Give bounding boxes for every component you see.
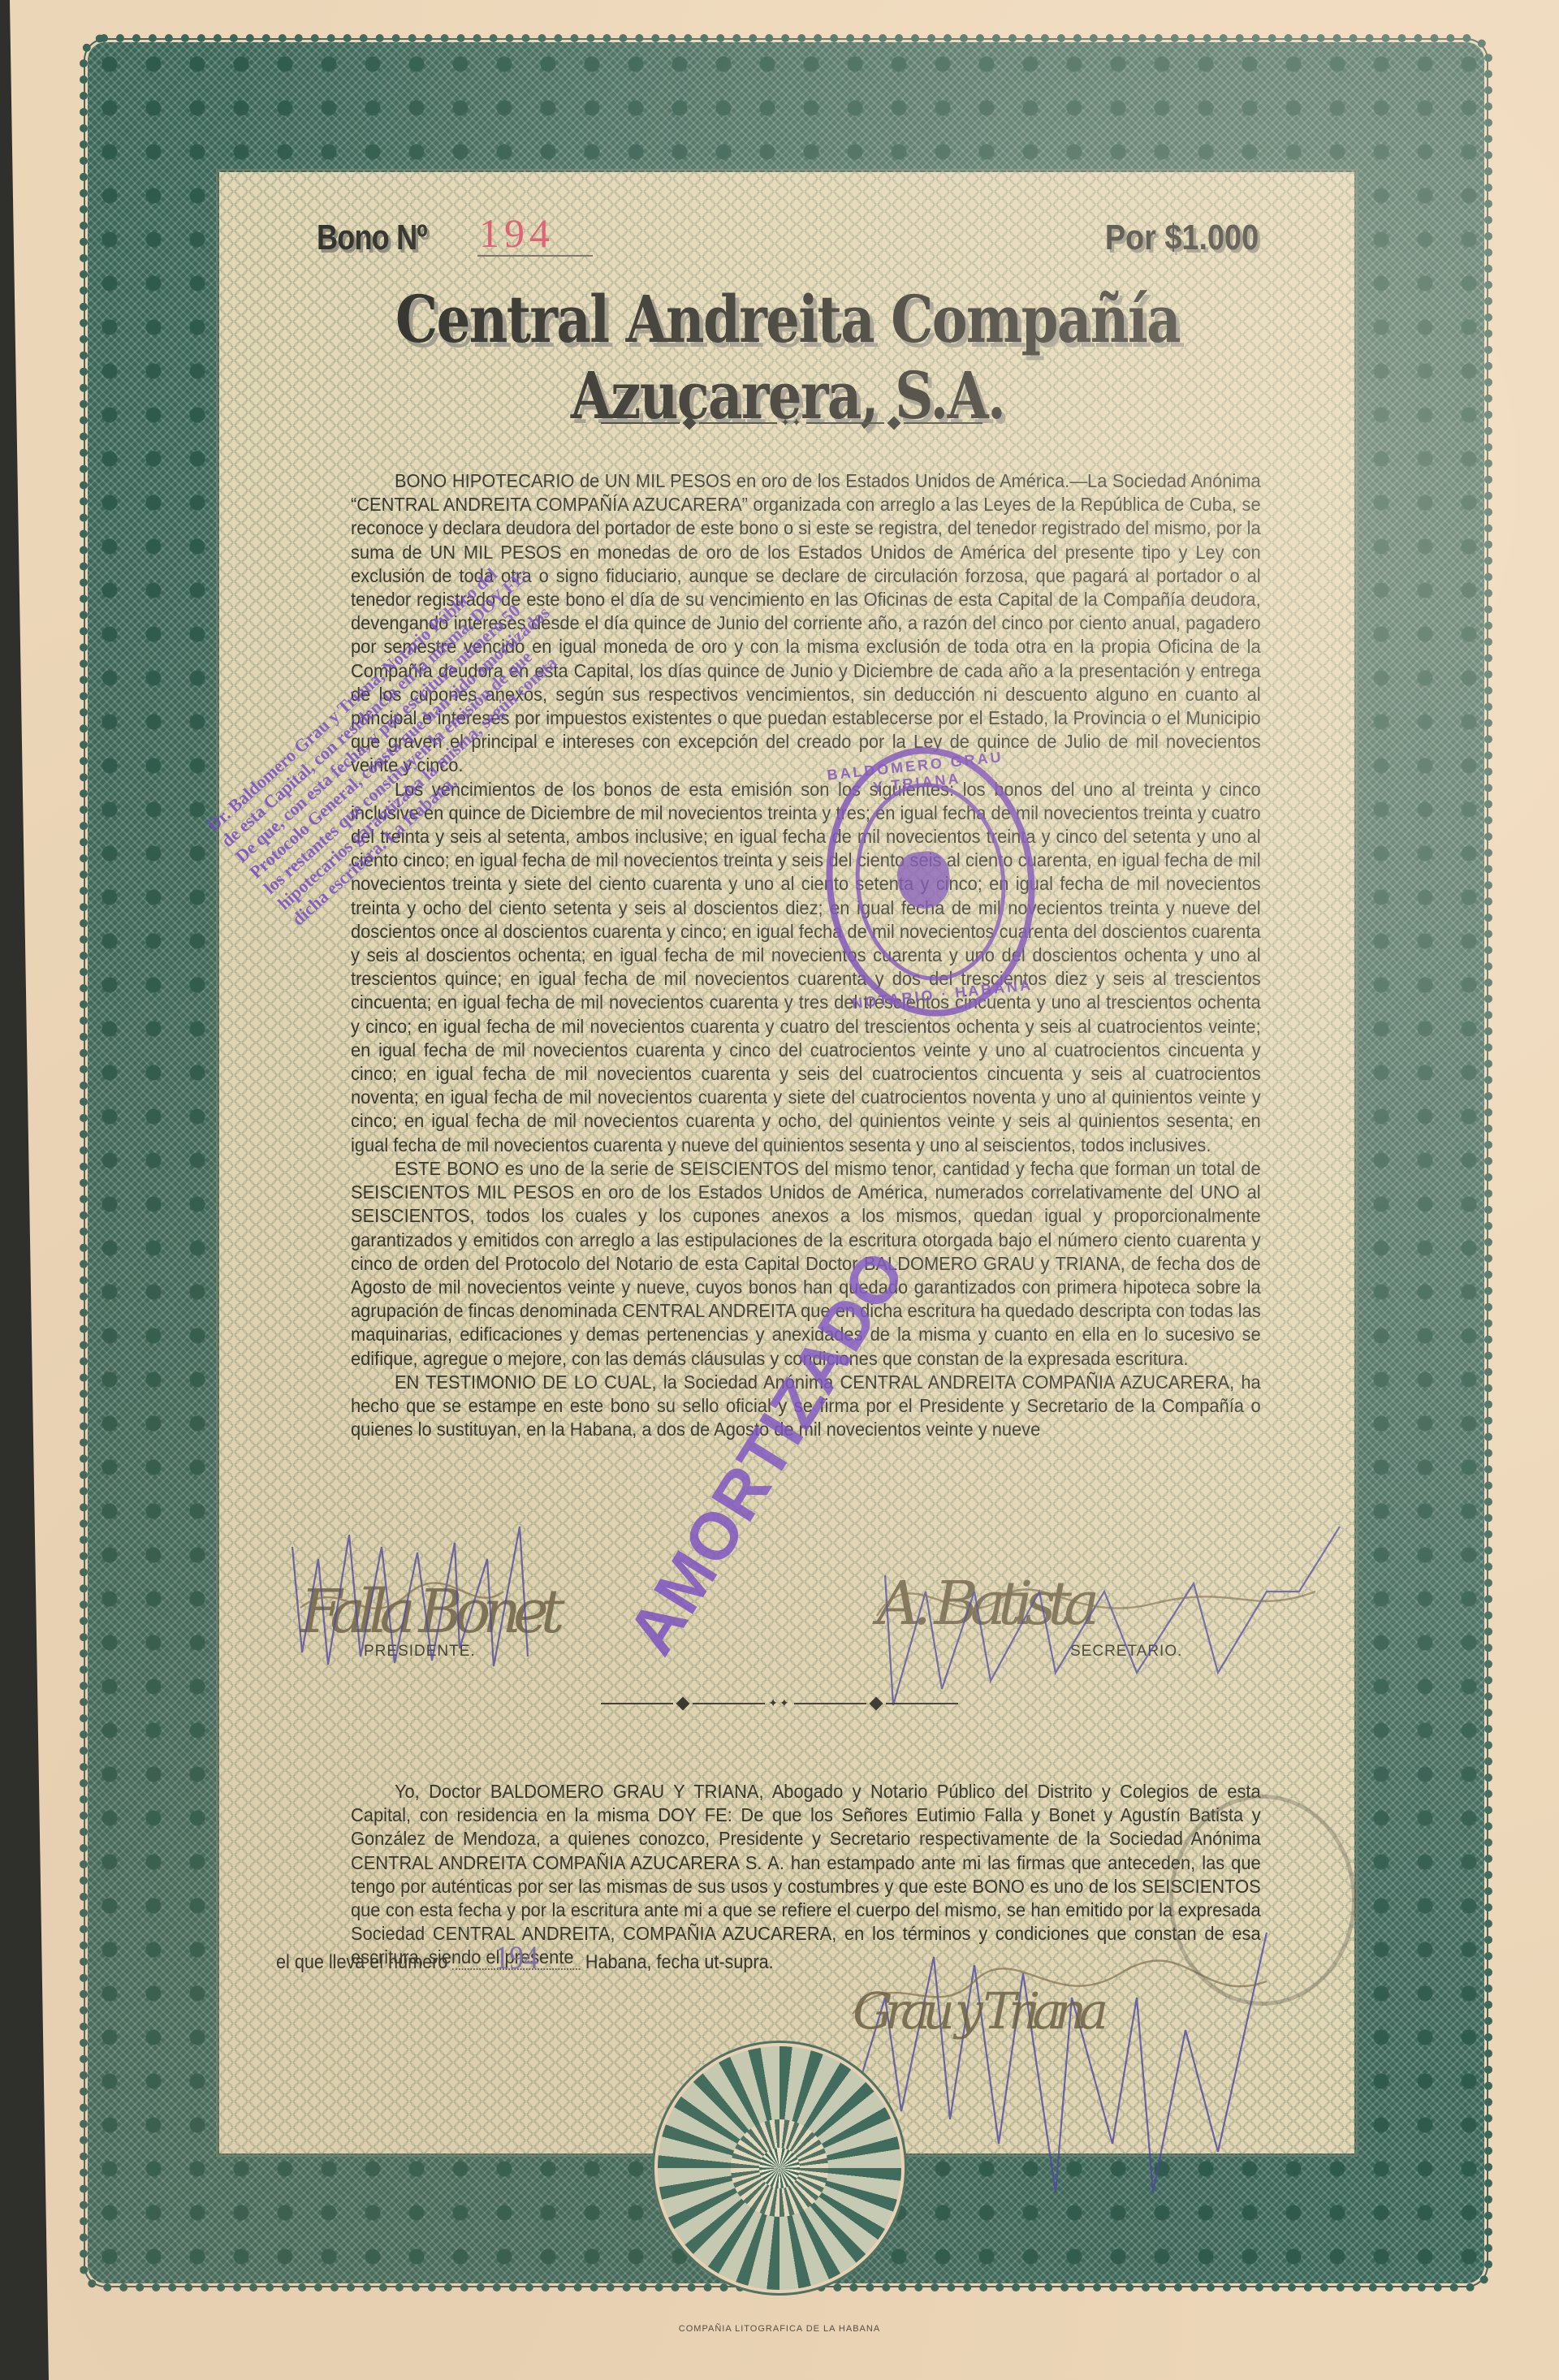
notary-paragraph: Yo, Doctor BALDOMERO GRAU Y TRIANA, Abog… <box>351 1780 1261 1970</box>
number-suffix: Habana, fecha ut-supra. <box>585 1951 774 1973</box>
dots-icon: ✦✦ <box>780 417 802 430</box>
title-divider-ornament: ✦✦ <box>601 415 982 431</box>
secretary-label: SECRETARIO. <box>1070 1643 1182 1661</box>
diamond-icon <box>887 417 901 430</box>
divider-line <box>699 422 778 424</box>
notary-certification: Yo, Doctor BALDOMERO GRAU Y TRIANA, Abog… <box>351 1780 1261 1970</box>
signature-divider-ornament: ✦✦ <box>601 1695 958 1712</box>
diamond-icon <box>869 1697 883 1711</box>
divider-line <box>693 1703 765 1704</box>
notary-embossed-seal <box>1169 1795 1356 2006</box>
bond-header: Bono Nº 194 Por $1.000 <box>317 213 1259 270</box>
rosette-medallion-icon <box>658 2046 901 2290</box>
president-label: PRESIDENTE. <box>364 1643 476 1661</box>
divider-line <box>601 422 680 424</box>
dots-icon: ✦✦ <box>768 1697 790 1711</box>
president-signature: Falla Bonet <box>300 1577 557 1647</box>
coat-of-arms-icon <box>895 849 952 911</box>
bond-serial-number: 194 <box>479 209 555 257</box>
serial-underline <box>477 255 593 257</box>
diamond-icon <box>682 417 696 430</box>
divider-line <box>806 422 885 424</box>
divider-line <box>601 1703 673 1704</box>
company-title: Central Andreita Compañía Azucarera, S.A… <box>335 281 1240 434</box>
notary-number-line: el que lleva el número 194 Habana, fecha… <box>276 1947 774 1974</box>
divider-line <box>904 422 982 424</box>
paper-sheet: Bono Nº 194 Por $1.000 Central Andreita … <box>0 0 1559 2380</box>
notary-signature: Grau y Triana <box>853 1981 1100 2041</box>
diamond-icon <box>676 1697 690 1711</box>
number-prefix: el que lleva el número <box>276 1951 447 1973</box>
divider-line <box>886 1703 958 1704</box>
bond-number-label: Bono Nº <box>317 218 427 258</box>
divider-line <box>794 1703 866 1704</box>
secretary-signature: A. Batista <box>877 1569 1091 1639</box>
bond-denomination: Por $1.000 <box>1105 218 1259 258</box>
terms-paragraph-maturities: Los vencimientos de los bonos de esta em… <box>351 778 1261 1157</box>
printer-credit: COMPAÑIA LITOGRAFICA DE LA HABANA <box>658 2324 901 2334</box>
notary-bond-number: 194 <box>452 1947 581 1970</box>
